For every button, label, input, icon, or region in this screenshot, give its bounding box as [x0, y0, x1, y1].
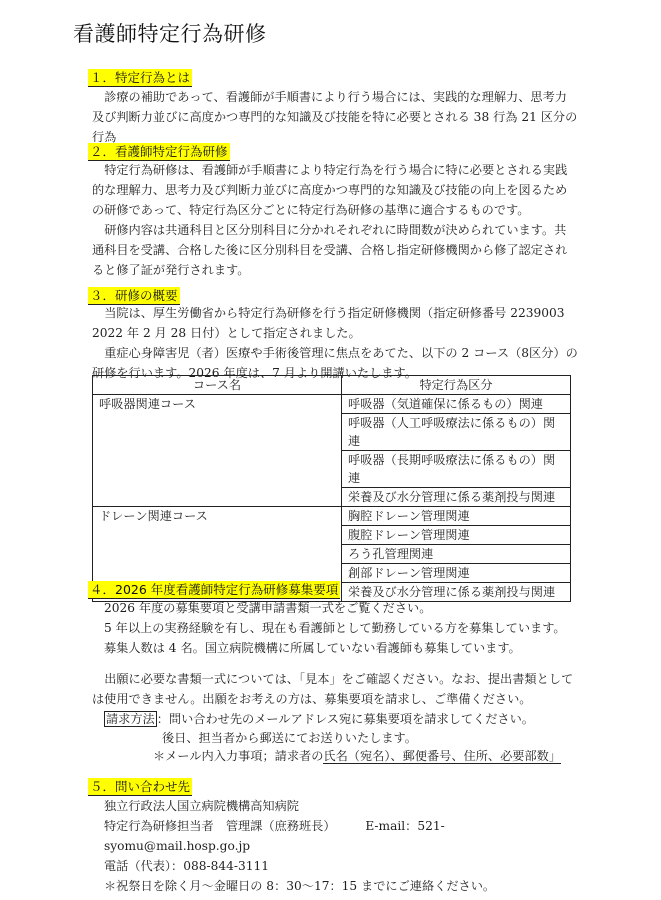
recruitment-line-3: 募集人数は 4 名。国立病院機構に所属していない看護師も募集しています。 [104, 638, 578, 658]
contact-hours: ＊祝祭日を除く月～金曜日の 8：30～17：15 までにご連絡ください。 [104, 876, 578, 896]
table-row: 呼吸器関連コース 呼吸器（気道確保に係るもの）関連 [93, 395, 571, 414]
category-cell: 腹腔ドレーン管理関連 [342, 526, 571, 545]
section-1-body: 診療の補助であって、看護師が手順書により行う場合には、実践的な理解力、思考力及び… [92, 87, 578, 147]
category-cell: 栄養及び水分管理に係る薬剤投与関連 [342, 488, 571, 507]
category-cell: ろう孔管理関連 [342, 545, 571, 564]
mail-items-prefix: ＊メール内入力事項；請求者の [153, 749, 323, 763]
section-4-heading: ４．2026 年度看護師特定行為研修募集要項 [88, 581, 340, 599]
course-name-respiratory: 呼吸器関連コース [93, 395, 342, 507]
recruitment-line-2: 5 年以上の実務経験を有し、現在も看護師として勤務している方を募集しています。 [104, 618, 578, 638]
category-cell: 創部ドレーン管理関連 [342, 564, 571, 583]
category-cell: 呼吸器（人工呼吸療法に係るもの）関連 [342, 414, 571, 451]
header-category: 特定行為区分 [342, 376, 571, 395]
category-cell: 胸腔ドレーン管理関連 [342, 507, 571, 526]
category-cell: 呼吸器（気道確保に係るもの）関連 [342, 395, 571, 414]
mail-items-required: 氏名（宛名）、郵便番号、住所、必要部数」 [323, 749, 561, 764]
table-row: ドレーン関連コース 胸腔ドレーン管理関連 [93, 507, 571, 526]
request-method: 請求方法：問い合わせ先のメールアドレス宛に募集要項を請求してください。 [104, 709, 578, 729]
email-label: E-mail： [365, 819, 417, 833]
section-3-body: 当院は、厚生労働省から特定行為研修を行う指定研修機関（指定研修番号 223900… [92, 303, 578, 383]
contact-block: 独立行政法人国立病院機構高知病院 特定行為研修担当者 管理課（庶務班長） E-m… [104, 796, 578, 896]
phone-number: 電話（代表）：088-844-3111 [104, 856, 578, 876]
section-2-body: 特定行為研修は、看護師が手順書により特定行為を行う場合に特に必要とされる実践的な… [92, 160, 578, 280]
request-followup: 後日、担当者から郵送にてお送りいたします。 [162, 728, 582, 748]
request-method-text: ：問い合わせ先のメールアドレス宛に募集要項を請求してください。 [157, 712, 534, 726]
course-table: コース名 特定行為区分 呼吸器関連コース 呼吸器（気道確保に係るもの）関連 呼吸… [92, 375, 571, 602]
section-1-paragraph: 診療の補助であって、看護師が手順書により行う場合には、実践的な理解力、思考力及び… [92, 87, 578, 147]
header-course-name: コース名 [93, 376, 342, 395]
section-2-heading: ２．看護師特定行為研修 [88, 143, 230, 161]
recruitment-line-1: 2026 年度の募集要項と受講申請書類一式をご覧ください。 [104, 598, 578, 618]
mail-items: ＊メール内入力事項；請求者の氏名（宛名）、郵便番号、住所、必要部数」 [153, 746, 583, 766]
organization-name: 独立行政法人国立病院機構高知病院 [104, 796, 578, 816]
contact-person: 特定行為研修担当者 管理課（庶務班長） [104, 819, 336, 833]
contact-line: 特定行為研修担当者 管理課（庶務班長） E-mail：521-syomu@mai… [104, 816, 578, 856]
table-header-row: コース名 特定行為区分 [93, 376, 571, 395]
section-2-paragraph-2: 研修内容は共通科目と区分別科目に分かれそれぞれに時間数が決められています。共通科… [92, 220, 578, 280]
section-4-lines: 2026 年度の募集要項と受講申請書類一式をご覧ください。 5 年以上の実務経験… [104, 598, 578, 658]
request-method-label: 請求方法 [104, 711, 157, 727]
page-title: 看護師特定行為研修 [73, 18, 267, 48]
category-cell: 呼吸器（長期呼吸療法に係るもの）関連 [342, 451, 571, 488]
section-5-heading: ５．問い合わせ先 [88, 778, 192, 796]
application-note: 出願に必要な書類一式については、「見本」をご確認ください。なお、提出書類としては… [92, 669, 578, 709]
section-2-paragraph-1: 特定行為研修は、看護師が手順書により特定行為を行う場合に特に必要とされる実践的な… [92, 160, 578, 220]
section-1-heading: １．特定行為とは [88, 69, 192, 87]
application-note-text: 出願に必要な書類一式については、「見本」をご確認ください。なお、提出書類としては… [92, 669, 578, 709]
section-3-paragraph-1: 当院は、厚生労働省から特定行為研修を行う指定研修機関（指定研修番号 223900… [92, 303, 578, 343]
